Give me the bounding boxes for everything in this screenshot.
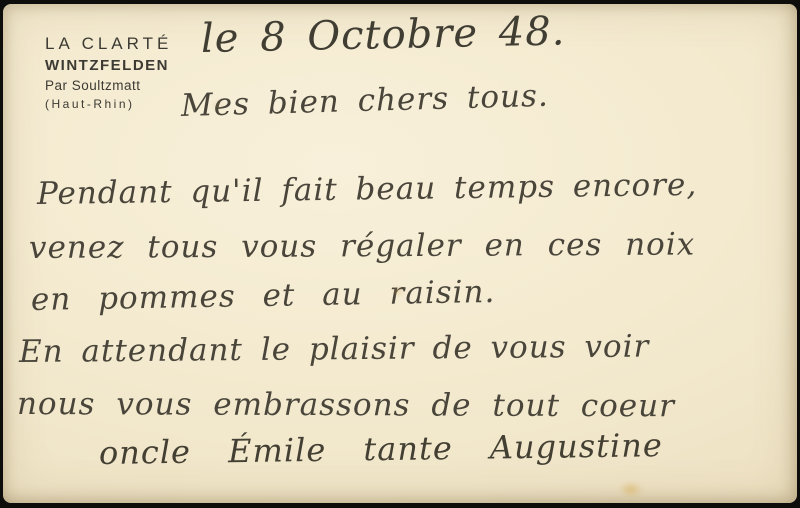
paper-stain [211,100,225,110]
paper-stain [393,287,403,296]
handwritten-signature: oncle Émile tante Augustine [99,426,663,472]
handwritten-body-line: En attendant le plaisir de vous voir [19,328,650,369]
postcard-paper: LA CLARTÉ WINTZFELDEN Par Soultzmatt (Ha… [3,4,797,503]
handwritten-date: le 8 Octobre 48. [201,8,566,62]
handwritten-salutation: Mes bien chers tous. [180,78,549,124]
handwritten-body-line: en pommes et au raisin. [31,274,496,318]
paper-stain [619,481,643,498]
handwritten-body-line: Pendant qu'il fait beau temps encore, [37,167,698,212]
letterhead-department: (Haut-Rhin) [45,98,172,110]
letterhead-place-name: WINTZFELDEN [45,58,172,73]
letterhead: LA CLARTÉ WINTZFELDEN Par Soultzmatt (Ha… [45,35,172,110]
scanned-postcard: LA CLARTÉ WINTZFELDEN Par Soultzmatt (Ha… [0,0,800,508]
letterhead-commune: Par Soultzmatt [45,79,172,93]
letterhead-estate-name: LA CLARTÉ [45,35,172,52]
handwritten-body-line: venez tous vous régaler en ces noix [29,227,695,266]
handwritten-body-line: nous vous embrassons de tout coeur [17,386,675,424]
